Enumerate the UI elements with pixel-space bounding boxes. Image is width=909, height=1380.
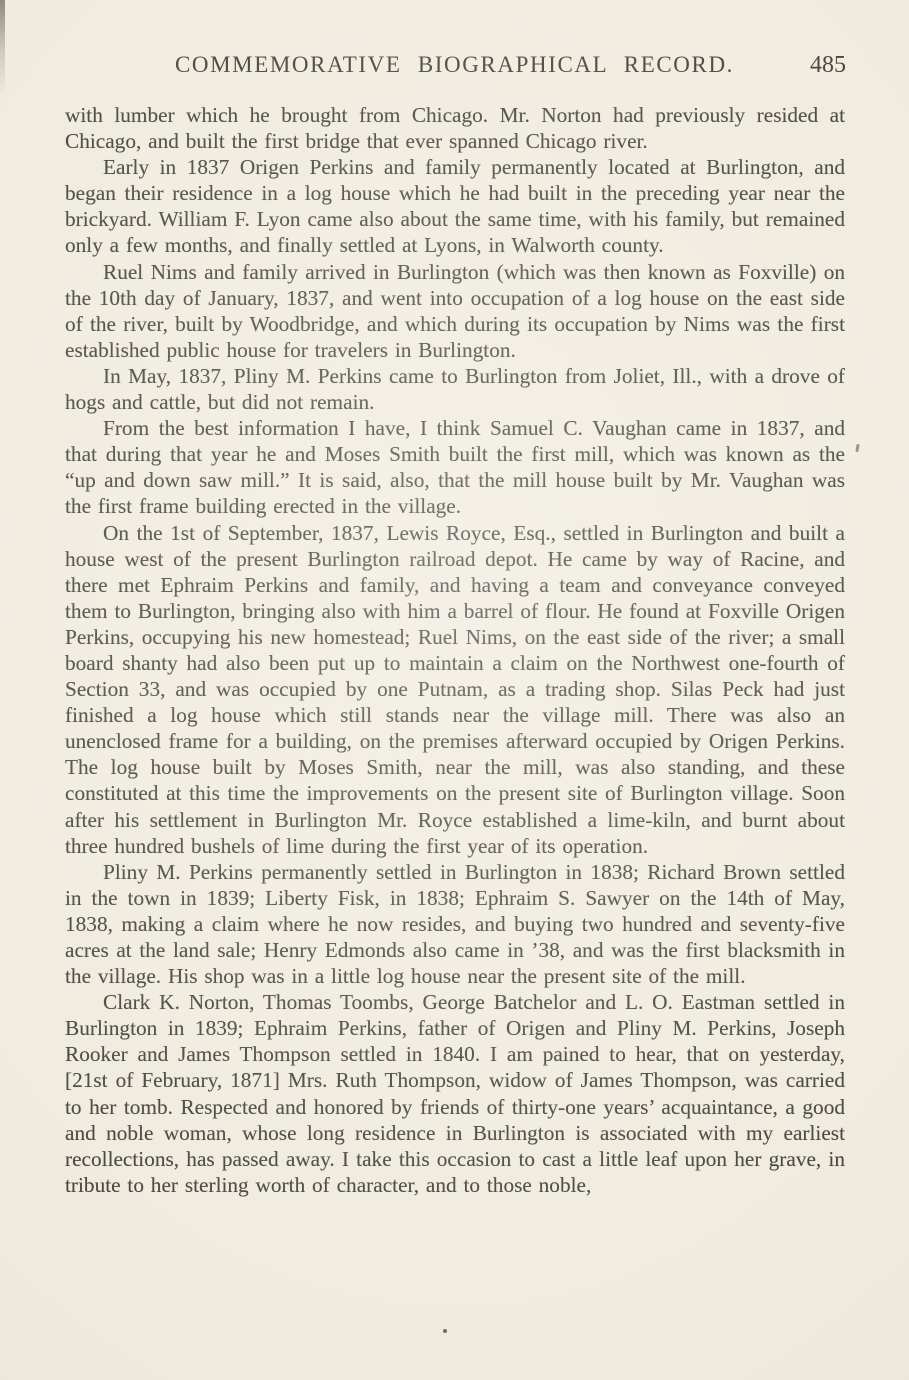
paragraph: In May, 1837, Pliny M. Perkins came to B… — [65, 363, 845, 415]
ink-speck — [855, 444, 859, 452]
ink-speck — [443, 1329, 447, 1333]
paragraph: Pliny M. Perkins permanently settled in … — [65, 859, 845, 989]
running-head: COMMEMORATIVE BIOGRAPHICAL RECORD. 485 — [0, 0, 909, 82]
book-page: COMMEMORATIVE BIOGRAPHICAL RECORD. 485 w… — [0, 0, 909, 1380]
page-body: with lumber which he brought from Chicag… — [65, 102, 845, 1198]
page-number: 485 — [810, 52, 846, 79]
running-head-title: COMMEMORATIVE BIOGRAPHICAL RECORD. — [175, 52, 734, 77]
paragraph: Ruel Nims and family arrived in Burlingt… — [65, 259, 845, 363]
paragraph: Early in 1837 Origen Perkins and family … — [65, 154, 845, 258]
paragraph-continuation: with lumber which he brought from Chicag… — [65, 102, 845, 154]
paragraph: Clark K. Norton, Thomas Toombs, George B… — [65, 989, 845, 1198]
paragraph: From the best information I have, I thin… — [65, 415, 845, 519]
paragraph: On the 1st of September, 1837, Lewis Roy… — [65, 520, 845, 859]
